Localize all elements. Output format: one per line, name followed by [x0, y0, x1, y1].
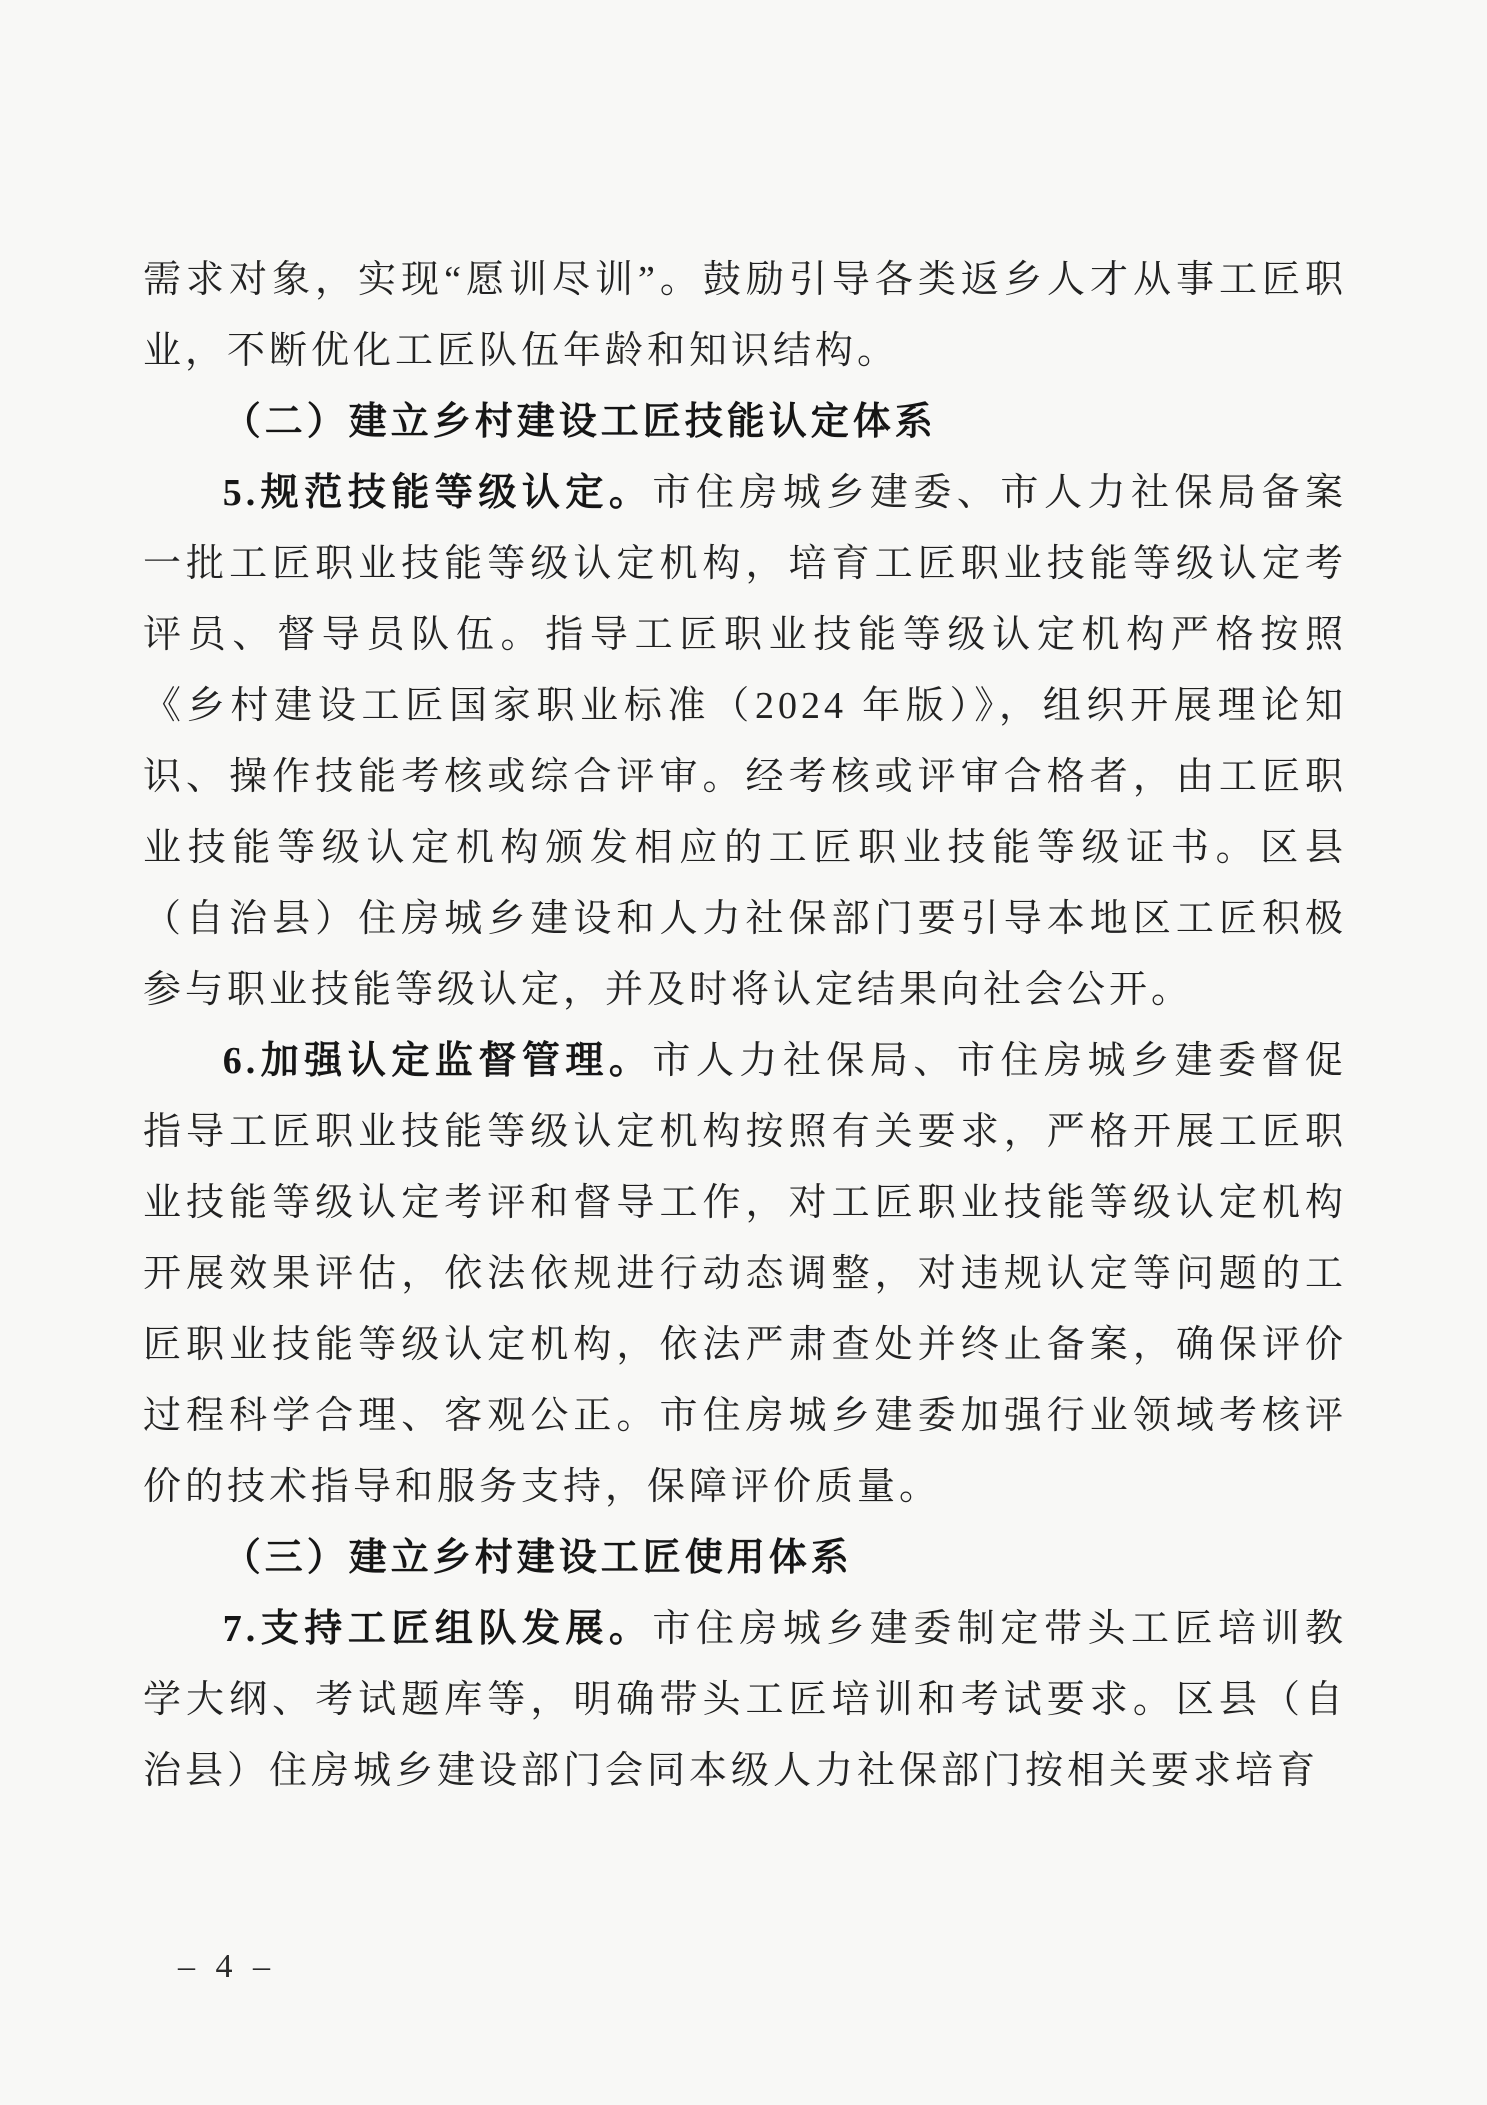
paragraph-text: 需求对象，实现“愿训尽训”。鼓励引导各类返乡人才从事工匠职业，不断优化工匠队伍年… [143, 259, 1347, 372]
paragraph-item-6: 6.加强认定监督管理。市人力社保局、市住房城乡建委督促指导工匠职业技能等级认定机… [143, 1026, 1347, 1523]
paragraph-lead: 6.加强认定监督管理。 [223, 1040, 653, 1082]
document-page: 需求对象，实现“愿训尽训”。鼓励引导各类返乡人才从事工匠职业，不断优化工匠队伍年… [0, 0, 1487, 2105]
section-heading-text: （二）建立乡村建设工匠技能认定体系 [223, 401, 937, 443]
paragraph-item-5: 5.规范技能等级认定。市住房城乡建委、市人力社保局备案一批工匠职业技能等级认定机… [143, 458, 1347, 1026]
paragraph-lead: 7.支持工匠组队发展。 [223, 1608, 653, 1650]
section-heading-2: （二）建立乡村建设工匠技能认定体系 [143, 387, 1347, 458]
page-number: – 4 – [178, 1948, 276, 1986]
section-heading-3: （三）建立乡村建设工匠使用体系 [143, 1523, 1347, 1594]
paragraph-text: 市人力社保局、市住房城乡建委督促指导工匠职业技能等级认定机构按照有关要求，严格开… [143, 1040, 1347, 1508]
paragraph-lead: 5.规范技能等级认定。 [223, 472, 653, 514]
paragraph-text: 市住房城乡建委、市人力社保局备案一批工匠职业技能等级认定机构，培育工匠职业技能等… [143, 472, 1347, 1011]
paragraph-item-7: 7.支持工匠组队发展。市住房城乡建委制定带头工匠培训教学大纲、考试题库等，明确带… [143, 1594, 1347, 1807]
paragraph-continuation: 需求对象，实现“愿训尽训”。鼓励引导各类返乡人才从事工匠职业，不断优化工匠队伍年… [143, 245, 1347, 387]
section-heading-text: （三）建立乡村建设工匠使用体系 [223, 1537, 853, 1579]
document-body: 需求对象，实现“愿训尽训”。鼓励引导各类返乡人才从事工匠职业，不断优化工匠队伍年… [143, 245, 1347, 1807]
